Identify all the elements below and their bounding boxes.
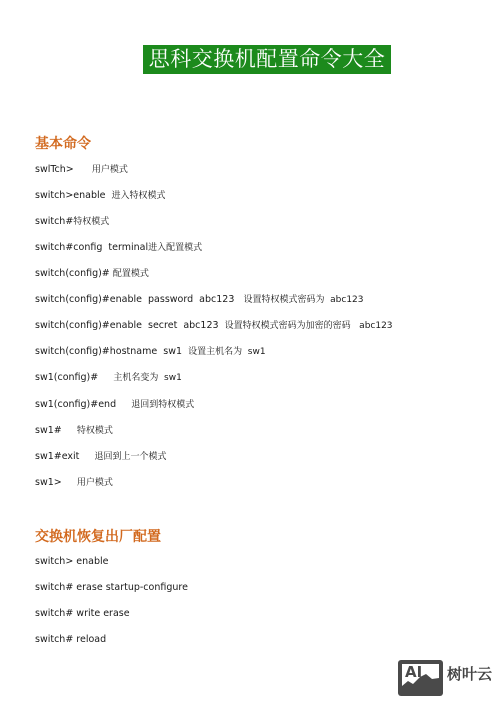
command-text: switch(config)#hostname sw1	[35, 346, 182, 357]
command-description: 配置模式	[113, 269, 149, 279]
command-line: switch#config terminal进入配置模式	[35, 242, 202, 254]
command-description: 设置特权模式密码为 abc123	[243, 295, 363, 305]
command-description: 进入特权模式	[112, 191, 166, 201]
command-line: switch# erase startup-configure	[35, 582, 188, 594]
page-title: 思科交换机配置命令大全	[143, 45, 391, 74]
command-text: switch(config)#enable password abc123	[35, 294, 234, 305]
spacer	[98, 372, 113, 383]
command-description: 主机名变为 sw1	[113, 373, 182, 383]
command-text: switch# write erase	[35, 608, 130, 619]
command-text: switch> enable	[35, 556, 109, 567]
command-line: switch# reload	[35, 634, 106, 646]
command-line: switch(config)# 配置模式	[35, 268, 149, 280]
command-text: switch#	[35, 216, 73, 227]
spacer	[74, 164, 92, 175]
command-line: switch> enable	[35, 556, 109, 568]
section-heading-factory-reset: 交换机恢复出厂配置	[35, 529, 161, 545]
spacer	[62, 425, 77, 436]
command-description: 特权模式	[73, 217, 109, 227]
command-description: 设置主机名为 sw1	[188, 347, 266, 357]
section-heading-basic-commands: 基本命令	[35, 136, 91, 152]
command-text: sw1#	[35, 425, 62, 436]
command-description: 特权模式	[77, 426, 113, 436]
command-text: switch(config)#	[35, 268, 110, 279]
command-text: swlTch>	[35, 164, 74, 175]
command-text: switch(config)#enable secret abc123	[35, 320, 219, 331]
command-line: switch>enable 进入特权模式	[35, 190, 166, 202]
command-text: switch# erase startup-configure	[35, 582, 188, 593]
command-description: 设置特权模式密码为加密的密码 abc123	[225, 321, 393, 331]
spacer	[79, 451, 94, 462]
command-text: sw1#exit	[35, 451, 79, 462]
spacer	[62, 477, 77, 488]
command-text: sw1(config)#end	[35, 399, 116, 410]
command-line: switch(config)#enable secret abc123 设置特权…	[35, 320, 393, 332]
command-description: 用户模式	[92, 165, 128, 175]
command-text: switch#config terminal	[35, 242, 148, 253]
command-line: sw1(config)# 主机名变为 sw1	[35, 372, 182, 384]
command-line: sw1(config)#end 退回到特权模式	[35, 399, 194, 411]
command-line: switch# write erase	[35, 608, 130, 620]
command-line: switch(config)#enable password abc123 设置…	[35, 294, 364, 306]
command-line: sw1# 特权模式	[35, 425, 113, 437]
command-text: switch# reload	[35, 634, 106, 645]
watermark-brand: 树叶云	[447, 665, 492, 683]
command-line: switch#特权模式	[35, 216, 109, 228]
command-text: switch>enable	[35, 190, 106, 201]
command-line: switch(config)#hostname sw1 设置主机名为 sw1	[35, 346, 266, 358]
spacer	[116, 399, 131, 410]
command-description: 进入配置模式	[148, 243, 202, 253]
command-line: sw1> 用户模式	[35, 477, 113, 489]
command-line: swlTch> 用户模式	[35, 164, 128, 176]
command-line: sw1#exit 退回到上一个模式	[35, 451, 167, 463]
command-description: 退回到特权模式	[131, 400, 194, 410]
watermark: AI 树叶云	[398, 660, 498, 700]
ai-image-logo-icon: AI	[398, 660, 443, 696]
mountain-icon	[402, 664, 439, 692]
command-text: sw1>	[35, 477, 62, 488]
command-description: 用户模式	[77, 478, 113, 488]
command-description: 退回到上一个模式	[95, 452, 167, 462]
command-text: sw1(config)#	[35, 372, 98, 383]
